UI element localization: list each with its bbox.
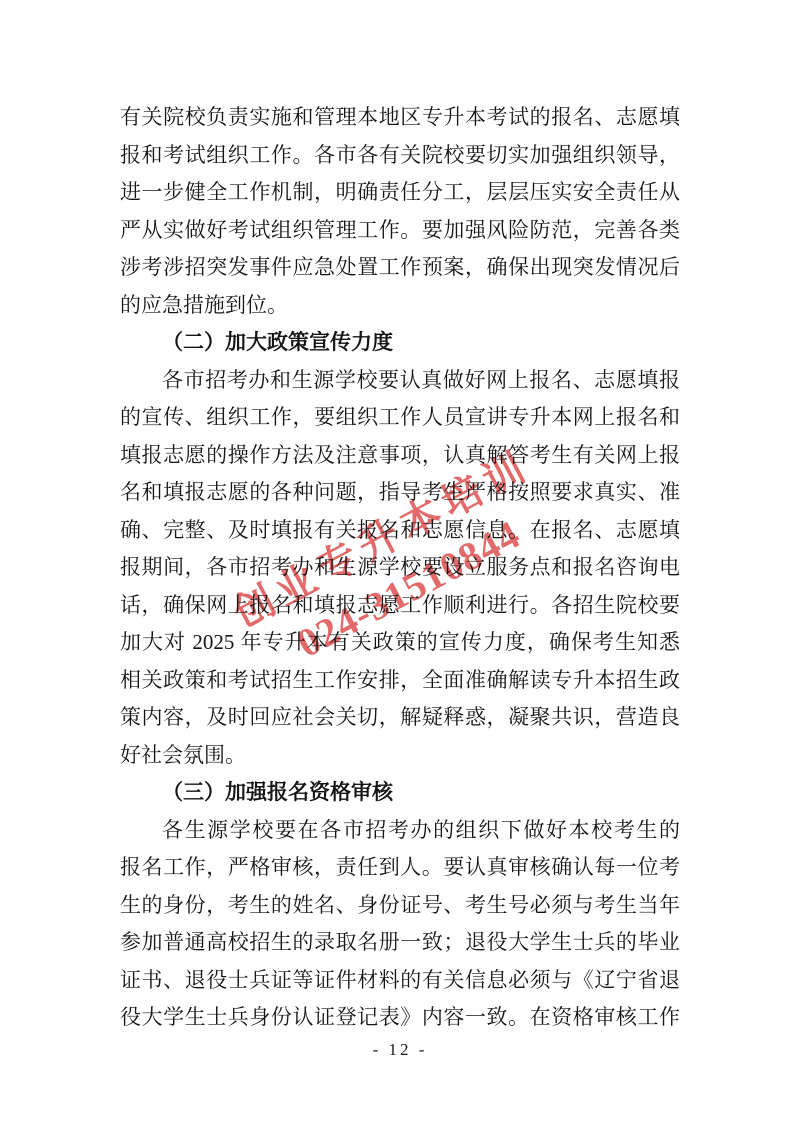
text-line: 参加普通高校招生的录取名册一致；退役大学生士兵的毕业	[120, 924, 680, 962]
text-line: 严从实做好考试组织管理工作。要加强风险防范，完善各类	[120, 212, 680, 250]
text-line: （三）加强报名资格审核	[120, 774, 680, 812]
text-line: 各市招考办和生源学校要认真做好网上报名、志愿填报	[120, 362, 680, 400]
text-line: 报和考试组织工作。各市各有关院校要切实加强组织领导，	[120, 137, 680, 175]
text-line: 役大学生士兵身份认证登记表》内容一致。在资格审核工作	[120, 999, 680, 1037]
text-line: 的宣传、组织工作，要组织工作人员宣讲专升本网上报名和	[120, 399, 680, 437]
text-line: 相关政策和考试招生工作安排，全面准确解读专升本招生政	[120, 662, 680, 700]
document-page: 创业专升本培训 024-31510844 有关院校负责实施和管理本地区专升本考试…	[0, 0, 800, 1131]
text-line: 名和填报志愿的各种问题，指导考生严格按照要求真实、准	[120, 474, 680, 512]
text-line: 好社会氛围。	[120, 737, 680, 775]
document-body: 有关院校负责实施和管理本地区专升本考试的报名、志愿填报和考试组织工作。各市各有关…	[120, 99, 680, 1037]
text-line: 话，确保网上报名和填报志愿工作顺利进行。各招生院校要	[120, 587, 680, 625]
text-line: 进一步健全工作机制，明确责任分工，层层压实安全责任从	[120, 174, 680, 212]
text-line: 填报志愿的操作方法及注意事项，认真解答考生有关网上报	[120, 437, 680, 475]
text-line: 确、完整、及时填报有关报名和志愿信息。在报名、志愿填	[120, 512, 680, 550]
text-line: 证书、退役士兵证等证件材料的有关信息必须与《辽宁省退	[120, 962, 680, 1000]
text-line: 策内容，及时回应社会关切，解疑释惑，凝聚共识，营造良	[120, 699, 680, 737]
text-line: 各生源学校要在各市招考办的组织下做好本校考生的	[120, 812, 680, 850]
page-number: - 12 -	[0, 1040, 800, 1060]
text-line: 报名工作，严格审核，责任到人。要认真审核确认每一位考	[120, 849, 680, 887]
text-line: 的应急措施到位。	[120, 287, 680, 325]
text-line: 加大对 2025 年专升本有关政策的宣传力度，确保考生知悉	[120, 624, 680, 662]
text-line: （二）加大政策宣传力度	[120, 324, 680, 362]
text-line: 生的身份，考生的姓名、身份证号、考生号必须与考生当年	[120, 887, 680, 925]
text-line: 涉考涉招突发事件应急处置工作预案，确保出现突发情况后	[120, 249, 680, 287]
text-line: 有关院校负责实施和管理本地区专升本考试的报名、志愿填	[120, 99, 680, 137]
text-line: 报期间，各市招考办和生源学校要设立服务点和报名咨询电	[120, 549, 680, 587]
